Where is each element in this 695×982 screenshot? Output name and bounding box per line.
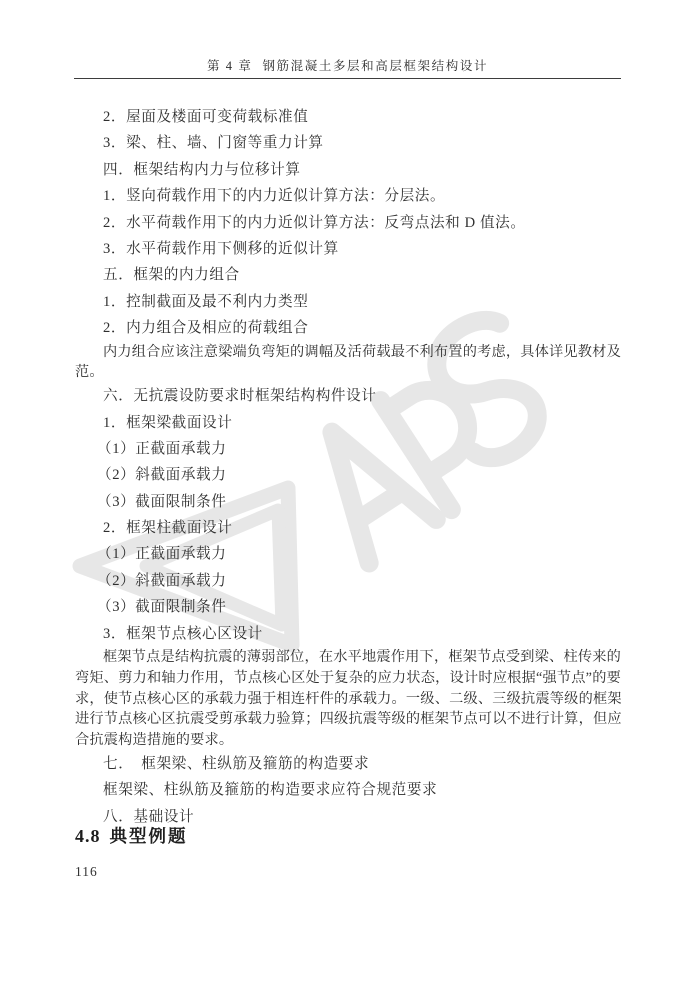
text-line: 3．框架节点核心区设计 (75, 621, 621, 647)
text-line: 2．内力组合及相应的荷载组合 (75, 315, 621, 341)
text-line: 求，使节点核心区的承载力强于相连杆件的承载力。一级、二级、三级抗震等级的框架应 (75, 689, 621, 710)
section-heading-title: 典型例题 (110, 826, 188, 846)
text-line: 2．水平荷载作用下的内力近似计算方法：反弯点法和 D 值法。 (75, 210, 621, 236)
text-line: 范。 (75, 362, 621, 383)
text-line: （1）正截面承载力 (75, 436, 621, 462)
text-line: 1．控制截面及最不利内力类型 (75, 289, 621, 315)
section-heading-number: 4.8 (75, 826, 101, 846)
text-line: 内力组合应该注意梁端负弯矩的调幅及活荷载最不利布置的考虑，具体详见教材及规 (75, 342, 621, 363)
text-line: （2）斜截面承载力 (75, 568, 621, 594)
header-chapter-title: 钢筋混凝土多层和高层框架结构设计 (262, 59, 488, 73)
page-header: 第 4 章钢筋混凝土多层和高层框架结构设计 (0, 56, 695, 74)
text-line: 1．框架梁截面设计 (75, 410, 621, 436)
text-line: 2．框架柱截面设计 (75, 515, 621, 541)
text-line: 1．竖向荷载作用下的内力近似计算方法：分层法。 (75, 183, 621, 209)
text-line: 七． 框架梁、柱纵筋及箍筋的构造要求 (75, 751, 621, 777)
header-rule (74, 78, 621, 79)
text-line: （3）截面限制条件 (75, 489, 621, 515)
section-heading: 4.8典型例题 (75, 823, 188, 849)
text-line: 框架节点是结构抗震的薄弱部位，在水平地震作用下，框架节点受到梁、柱传来的 (75, 647, 621, 668)
text-line: 合抗震构造措施的要求。 (75, 730, 621, 751)
text-line: （2）斜截面承载力 (75, 462, 621, 488)
document-page: 第 4 章钢筋混凝土多层和高层框架结构设计 2．屋面及楼面可变荷载标准值3．梁、… (0, 0, 695, 982)
text-line: 进行节点核心区抗震受剪承载力验算；四级抗震等级的框架节点可以不进行计算，但应符 (75, 709, 621, 730)
text-line: 2．屋面及楼面可变荷载标准值 (75, 104, 621, 130)
text-line: （3）截面限制条件 (75, 594, 621, 620)
page-number: 116 (75, 862, 98, 882)
text-line: 框架梁、柱纵筋及箍筋的构造要求应符合规范要求 (75, 777, 621, 803)
text-line: 四．框架结构内力与位移计算 (75, 157, 621, 183)
text-line: 弯矩、剪力和轴力作用，节点核心区处于复杂的应力状态，设计时应根据“强节点”的要 (75, 668, 621, 689)
document-lines: 2．屋面及楼面可变荷载标准值3．梁、柱、墙、门窗等重力计算四．框架结构内力与位移… (75, 104, 621, 830)
text-line: 六．无抗震设防要求时框架结构构件设计 (75, 383, 621, 409)
text-line: （1）正截面承载力 (75, 541, 621, 567)
header-chapter-number: 第 4 章 (207, 59, 253, 73)
text-line: 五．框架的内力组合 (75, 262, 621, 288)
text-line: 3．水平荷载作用下侧移的近似计算 (75, 236, 621, 262)
text-line: 3．梁、柱、墙、门窗等重力计算 (75, 130, 621, 156)
